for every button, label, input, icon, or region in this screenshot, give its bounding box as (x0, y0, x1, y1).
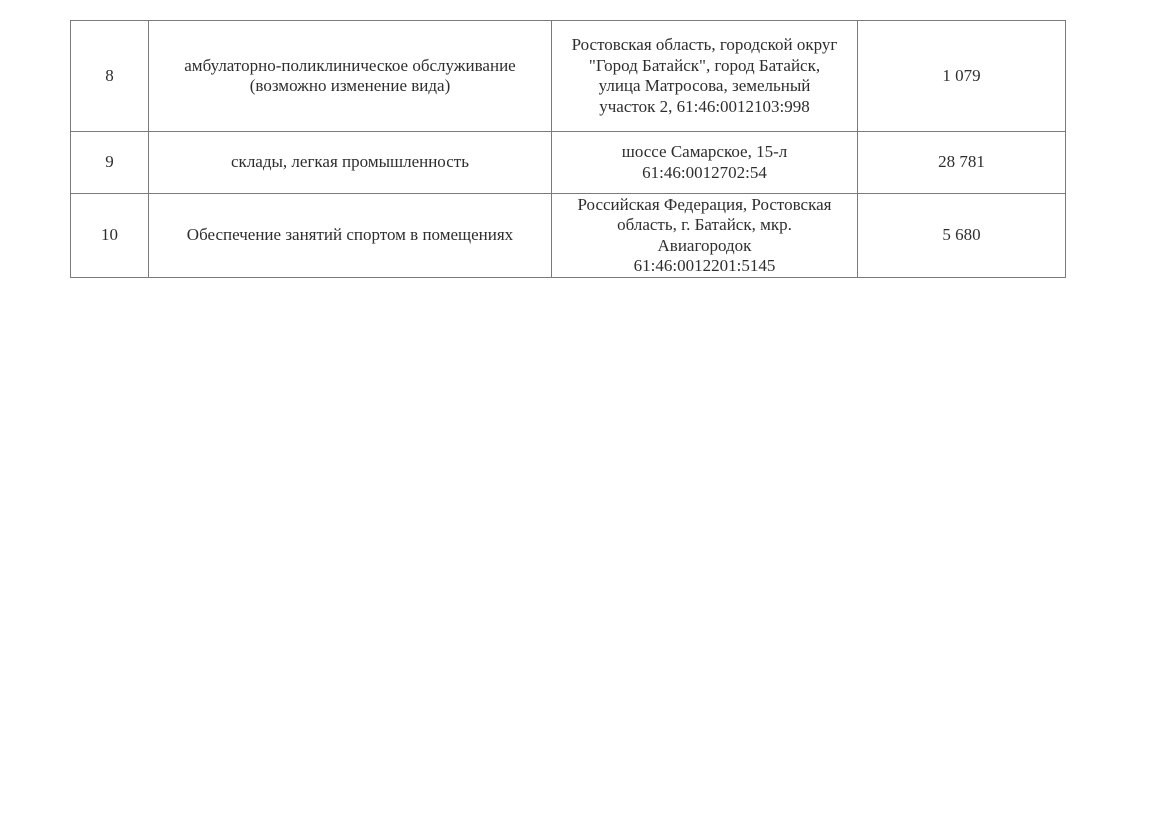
area-cell: 1 079 (858, 21, 1066, 132)
permitted-use-line: склады, легкая промышленность (155, 152, 545, 173)
address-line: участок 2, 61:46:0012103:998 (558, 97, 851, 118)
permitted-use-line: (возможно изменение вида) (155, 76, 545, 97)
row-number-cell: 9 (71, 132, 149, 194)
address-line: Ростовская область, городской округ (558, 35, 851, 56)
permitted-use-cell: амбулаторно-поликлиническое обслуживание… (149, 21, 552, 132)
permitted-use-cell: Обеспечение занятий спортом в помещениях (149, 194, 552, 278)
permitted-use-line: Обеспечение занятий спортом в помещениях (155, 225, 545, 246)
address-line: область, г. Батайск, мкр. (558, 215, 851, 236)
permitted-use-cell: склады, легкая промышленность (149, 132, 552, 194)
address-line: "Город Батайск", город Батайск, (558, 56, 851, 77)
address-line: Российская Федерация, Ростовская (558, 195, 851, 216)
address-line: шоссе Самарское, 15-л (558, 142, 851, 163)
address-line: 61:46:0012201:5145 (558, 256, 851, 277)
address-line: 61:46:0012702:54 (558, 163, 851, 184)
row-number-cell: 8 (71, 21, 149, 132)
area-cell: 5 680 (858, 194, 1066, 278)
table-row: 10 Обеспечение занятий спортом в помещен… (71, 194, 1066, 278)
table-row: 9 склады, легкая промышленность шоссе Са… (71, 132, 1066, 194)
permitted-use-line: амбулаторно-поликлиническое обслуживание (155, 56, 545, 77)
address-cell: Российская Федерация, Ростовская область… (552, 194, 858, 278)
address-cell: Ростовская область, городской округ "Гор… (552, 21, 858, 132)
address-line: Авиагородок (558, 236, 851, 257)
row-number-cell: 10 (71, 194, 149, 278)
address-line: улица Матросова, земельный (558, 76, 851, 97)
address-cell: шоссе Самарское, 15-л 61:46:0012702:54 (552, 132, 858, 194)
area-cell: 28 781 (858, 132, 1066, 194)
land-plots-table: 8 амбулаторно-поликлиническое обслуживан… (70, 20, 1066, 278)
table-row: 8 амбулаторно-поликлиническое обслуживан… (71, 21, 1066, 132)
document-page: 8 амбулаторно-поликлиническое обслуживан… (0, 0, 1170, 819)
